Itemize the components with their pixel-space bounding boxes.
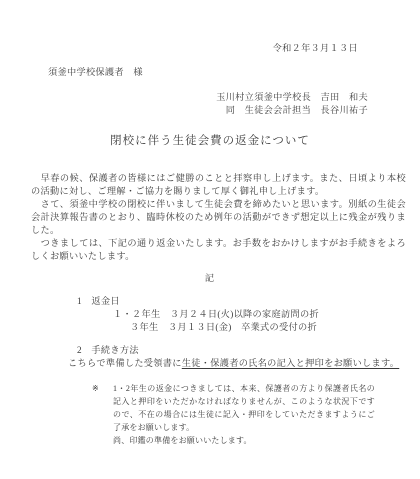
addressee: 須釜中学校保護者 様 (0, 66, 420, 79)
body-text: 早春の候、保護者の皆様にはご健勝のことと拝察申し上げます。また、日頃より本校の活… (0, 172, 420, 263)
note-paragraph: ※1・2年生の返金につきましては、本来、保護者の方より保護者氏名の記入と押印をい… (0, 382, 375, 434)
section-2-heading: 2 手続き方法 (0, 344, 420, 357)
note-marker: ※ (92, 382, 113, 395)
procedure-line: こちらで準備した受領書に生徒・保護者の氏名の記入と押印をお願いします。 (0, 357, 420, 370)
sender-line-1: 玉川村立須釜中学校長 吉田 和夫 (0, 91, 420, 104)
section-1-heading: 1 返金日 (0, 295, 420, 308)
sender-line-2: 同 生徒会会計担当 長谷川祐子 (0, 104, 420, 117)
document-page: 令和２年３月１３日 須釜中学校保護者 様 玉川村立須釜中学校長 吉田 和夫 同 … (0, 0, 420, 479)
note-text: 1・2年生の返金につきましては、本来、保護者の方より保護者氏名の記入と押印をいた… (113, 384, 375, 432)
ki-marker: 記 (0, 272, 420, 285)
note-postscript: 尚、印鑑の準備をお願いいたします。 (0, 434, 375, 447)
paragraph-request: つきましては、下記の通り返金いたします。お手数をおかけしますがお手続きをよろしく… (31, 237, 406, 263)
paragraph-greeting: 早春の候、保護者の皆様にはご健勝のことと拝察申し上げます。また、日頃より本校の活… (31, 172, 406, 198)
document-date: 令和２年３月１３日 (0, 42, 420, 55)
procedure-lead-text: こちらで準備した受領書に (68, 358, 182, 368)
procedure-underlined-text: 生徒・保護者の氏名の記入と押印をお願いします。 (182, 358, 399, 368)
document-title: 閉校に伴う生徒会費の返金について (0, 133, 420, 150)
refund-date-item-grade12: １・２年生 ３月２４日(火)以降の家庭訪問の折 (0, 308, 420, 321)
paragraph-reason: さて、須釜中学校の閉校に伴いまして生徒会費を締めたいと思います。別紙の生徒会会計… (31, 198, 406, 237)
refund-date-item-grade3: ３年生 ３月１３日(金) 卒業式の受付の折 (0, 321, 420, 334)
